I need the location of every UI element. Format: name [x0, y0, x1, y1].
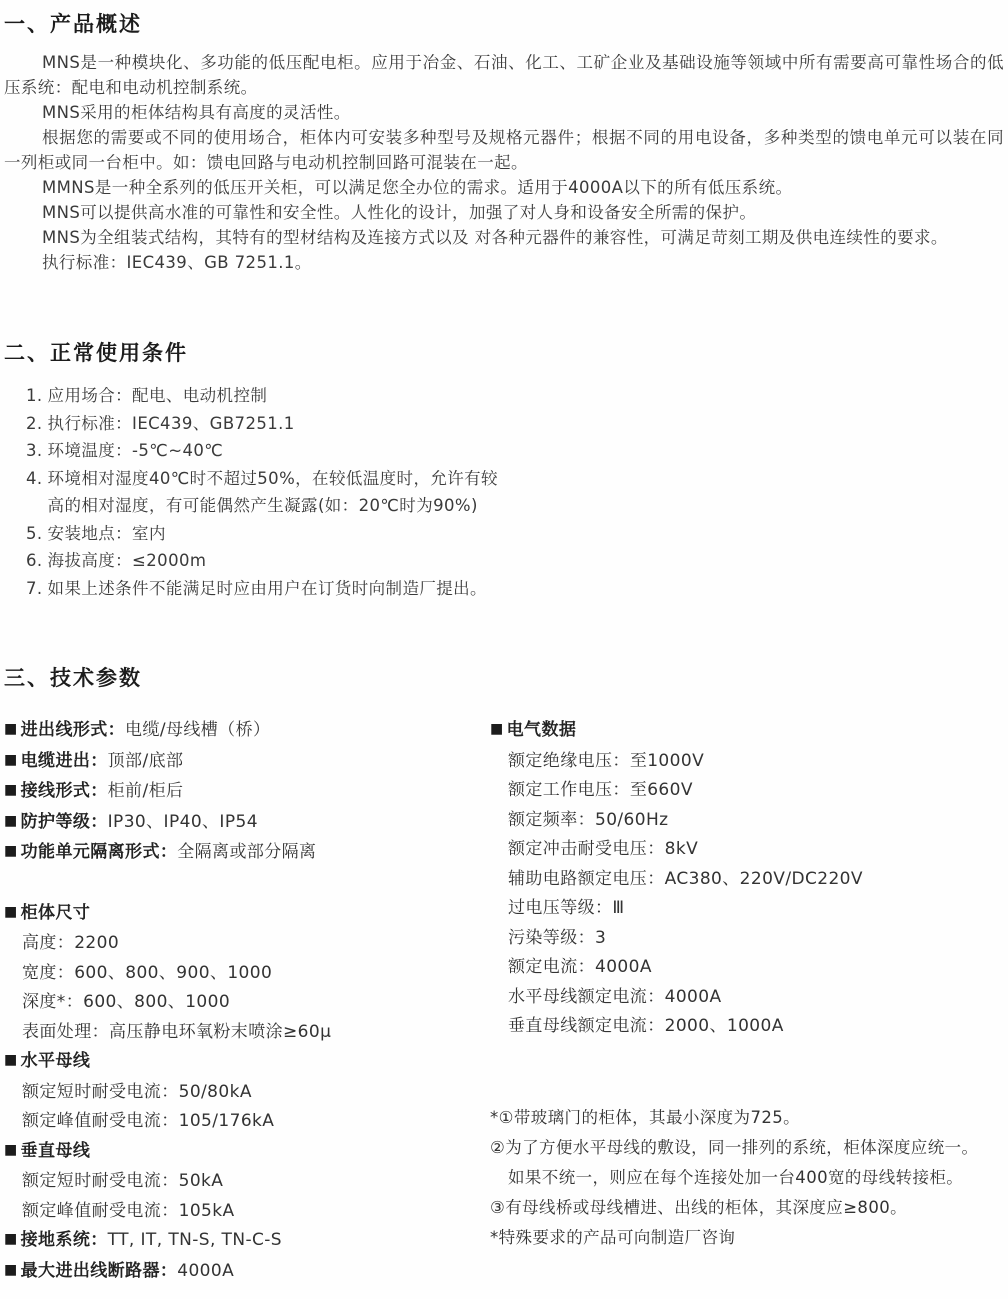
item-line: 海拔高度：≤2000m	[48, 547, 1004, 575]
condition-item: 5.安装地点：室内	[26, 520, 1004, 548]
parameters-columns: ■进出线形式：电缆/母线槽（桥）■电缆进出：顶部/底部■接线形式：柜前/柜后■防…	[4, 716, 1004, 1287]
parameter-value: TT, IT, TN-S, TN-C-S	[108, 1230, 282, 1250]
bullet-square-icon: ■	[4, 782, 18, 798]
parameter-label: 表面处理：	[22, 1022, 109, 1042]
parameter-line: ■最大进出线断路器：4000A	[4, 1257, 490, 1288]
electrical-data-list: ■电气数据额定绝缘电压：至1000V额定工作电压：至660V额定频率：50/60…	[490, 716, 1004, 1042]
paragraph: 执行标准：IEC439、GB 7251.1。	[4, 250, 1004, 275]
parameter-value: IP30、IP40、IP54	[108, 812, 258, 832]
parameter-line: ■电缆进出：顶部/底部	[4, 747, 490, 778]
section-overview: 一、产品概述 MNS是一种模块化、多功能的低压配电柜。应用于冶金、石油、化工、工…	[4, 8, 1004, 275]
condition-item: 6.海拔高度：≤2000m	[26, 547, 1004, 575]
overview-paragraphs: MNS是一种模块化、多功能的低压配电柜。应用于冶金、石油、化工、工矿企业及基础设…	[4, 50, 1004, 275]
parameter-value: 高压静电环氧粉末喷涂≥60μ	[109, 1022, 331, 1042]
parameters-left-column: ■进出线形式：电缆/母线槽（桥）■电缆进出：顶部/底部■接线形式：柜前/柜后■防…	[4, 716, 490, 1287]
item-line: 安装地点：室内	[48, 520, 1004, 548]
item-text: 海拔高度：≤2000m	[48, 547, 1004, 575]
parameter-line: ■接地系统：TT, IT, TN-S, TN-C-S	[4, 1226, 490, 1257]
parameter-line: 额定冲击耐受电压：8kV	[490, 835, 1004, 865]
item-number: 5.	[26, 520, 43, 548]
item-number: 2.	[26, 410, 43, 438]
item-line: 执行标准：IEC439、GB7251.1	[48, 410, 1004, 438]
parameter-label: 最大进出线断路器：	[21, 1261, 178, 1281]
parameter-line: 额定工作电压：至660V	[490, 776, 1004, 806]
parameter-value: 4000A	[665, 987, 722, 1007]
bullet-square-icon: ■	[4, 843, 18, 859]
parameter-label: 额定峰值耐受电流：	[22, 1111, 179, 1131]
parameter-label: 水平母线	[21, 1051, 91, 1071]
paragraph: MNS为全组装式结构，其特有的型材结构及连接方式以及 对各种元器件的兼容性，可满…	[4, 225, 1004, 250]
parameter-value: 50/60Hz	[595, 810, 669, 830]
parameter-label: 柜体尺寸	[21, 903, 91, 923]
section-conditions: 二、正常使用条件 1.应用场合：配电、电动机控制2.执行标准：IEC439、GB…	[4, 337, 1004, 602]
parameter-label: 电缆进出：	[21, 751, 108, 771]
item-number: 6.	[26, 547, 43, 575]
parameter-value: 105/176kA	[179, 1111, 275, 1131]
parameter-line: 表面处理：高压静电环氧粉末喷涂≥60μ	[4, 1018, 490, 1048]
parameter-line: ■水平母线	[4, 1047, 490, 1078]
parameter-value: 2200	[74, 933, 119, 953]
parameter-line: 过电压等级：Ⅲ	[490, 894, 1004, 924]
parameter-line: 深度*：600、800、1000	[4, 988, 490, 1018]
parameter-label: 电气数据	[507, 720, 577, 740]
bullet-square-icon: ■	[4, 904, 18, 920]
parameter-value: 2000、1000A	[665, 1016, 784, 1036]
parameter-label: 额定冲击耐受电压：	[508, 839, 665, 859]
parameter-label: 额定电流：	[508, 957, 595, 977]
item-line: 如果上述条件不能满足时应由用户在订货时向制造厂提出。	[48, 575, 1004, 603]
parameter-value: AC380、220V/DC220V	[665, 869, 863, 889]
parameter-label: 进出线形式：	[21, 720, 125, 740]
parameter-value: 至660V	[630, 780, 693, 800]
bullet-square-icon: ■	[4, 1231, 18, 1247]
parameter-value: 全隔离或部分隔离	[177, 842, 316, 862]
condition-item: 4.环境相对湿度40℃时不超过50%，在较低温度时，允许有较高的相对湿度，有可能…	[26, 465, 1004, 520]
parameter-value: 50/80kA	[179, 1082, 252, 1102]
parameter-line: 高度：2200	[4, 929, 490, 959]
conditions-list: 1.应用场合：配电、电动机控制2.执行标准：IEC439、GB7251.13.环…	[4, 382, 1004, 602]
parameter-label: 污染等级：	[508, 928, 595, 948]
parameters-right-column: ■电气数据额定绝缘电压：至1000V额定工作电压：至660V额定频率：50/60…	[490, 716, 1004, 1287]
parameter-line: 污染等级：3	[490, 924, 1004, 954]
section-parameters-title: 三、技术参数	[4, 662, 1004, 692]
parameter-line: 辅助电路额定电压：AC380、220V/DC220V	[490, 865, 1004, 895]
bullet-square-icon: ■	[4, 1142, 18, 1158]
parameter-value: 电缆/母线槽（桥）	[125, 720, 270, 740]
item-text: 如果上述条件不能满足时应由用户在订货时向制造厂提出。	[48, 575, 1004, 603]
condition-item: 2.执行标准：IEC439、GB7251.1	[26, 410, 1004, 438]
bullet-square-icon: ■	[4, 1262, 18, 1278]
section-conditions-title: 二、正常使用条件	[4, 337, 1004, 367]
parameter-line: 宽度：600、800、900、1000	[4, 959, 490, 989]
bullet-square-icon: ■	[4, 752, 18, 768]
parameter-label: 宽度：	[22, 963, 74, 983]
parameter-line: 额定峰值耐受电流：105kA	[4, 1197, 490, 1227]
parameter-line: ■电气数据	[490, 716, 1004, 747]
parameter-line: 额定频率：50/60Hz	[490, 806, 1004, 836]
item-line: 应用场合：配电、电动机控制	[48, 382, 1004, 410]
parameter-line: ■柜体尺寸	[4, 899, 490, 930]
bullet-square-icon: ■	[4, 813, 18, 829]
document-page: 一、产品概述 MNS是一种模块化、多功能的低压配电柜。应用于冶金、石油、化工、工…	[0, 0, 1008, 1299]
item-line: 环境温度：-5℃~40℃	[48, 437, 1004, 465]
parameter-line: 额定绝缘电压：至1000V	[490, 747, 1004, 777]
item-text: 环境温度：-5℃~40℃	[48, 437, 1004, 465]
paragraph: MNS可以提供高水准的可靠性和安全性。人性化的设计，加强了对人身和设备安全所需的…	[4, 200, 1004, 225]
parameter-label: 额定短时耐受电流：	[22, 1171, 179, 1191]
section-overview-title: 一、产品概述	[4, 8, 1004, 38]
item-number: 3.	[26, 437, 43, 465]
parameter-line: ■功能单元隔离形式：全隔离或部分隔离	[4, 838, 490, 869]
item-text: 安装地点：室内	[48, 520, 1004, 548]
parameter-value: 3	[595, 928, 606, 948]
paragraph: MNS是一种模块化、多功能的低压配电柜。应用于冶金、石油、化工、工矿企业及基础设…	[4, 50, 1004, 100]
parameter-line: 额定短时耐受电流：50/80kA	[4, 1078, 490, 1108]
parameter-label: 额定短时耐受电流：	[22, 1082, 179, 1102]
paragraph: MMNS是一种全系列的低压开关柜，可以满足您全办位的需求。适用于4000A以下的…	[4, 175, 1004, 200]
item-text: 应用场合：配电、电动机控制	[48, 382, 1004, 410]
parameter-label: 功能单元隔离形式：	[21, 842, 178, 862]
parameter-label: 额定频率：	[508, 810, 595, 830]
parameter-value: Ⅲ	[612, 898, 624, 918]
parameter-label: 额定工作电压：	[508, 780, 630, 800]
parameter-value: 顶部/底部	[108, 751, 184, 771]
section-parameters: 三、技术参数 ■进出线形式：电缆/母线槽（桥）■电缆进出：顶部/底部■接线形式：…	[4, 662, 1004, 1287]
footnote: *特殊要求的产品可向制造厂咨询	[490, 1223, 1004, 1253]
footnote: ③有母线桥或母线槽进、出线的柜体，其深度应≥800。	[490, 1193, 1004, 1223]
item-number: 7.	[26, 575, 43, 603]
item-text: 执行标准：IEC439、GB7251.1	[48, 410, 1004, 438]
condition-item: 1.应用场合：配电、电动机控制	[26, 382, 1004, 410]
parameter-value: 105kA	[179, 1201, 235, 1221]
parameter-line: 额定峰值耐受电流：105/176kA	[4, 1107, 490, 1137]
parameter-label: 额定峰值耐受电流：	[22, 1201, 179, 1221]
parameter-value: 4000A	[177, 1261, 234, 1281]
parameter-label: 额定绝缘电压：	[508, 751, 630, 771]
parameter-line: 垂直母线额定电流：2000、1000A	[490, 1012, 1004, 1042]
parameter-line: 额定短时耐受电流：50kA	[4, 1167, 490, 1197]
parameter-line: ■垂直母线	[4, 1137, 490, 1168]
footnote: ②为了方便水平母线的敷设，同一排列的系统，柜体深度应统一。	[490, 1133, 1004, 1163]
parameter-label: 接线形式：	[21, 781, 108, 801]
item-line: 高的相对湿度，有可能偶然产生凝露(如：20℃时为90%)	[48, 492, 1004, 520]
parameter-value: 600、800、1000	[83, 992, 230, 1012]
parameter-label: 防护等级：	[21, 812, 108, 832]
parameter-value: 600、800、900、1000	[74, 963, 272, 983]
item-number: 1.	[26, 382, 43, 410]
parameter-line: ■进出线形式：电缆/母线槽（桥）	[4, 716, 490, 747]
bullet-square-icon: ■	[4, 1052, 18, 1068]
parameter-label: 接地系统：	[21, 1230, 108, 1250]
item-number: 4.	[26, 465, 43, 493]
parameter-label: 过电压等级：	[508, 898, 612, 918]
parameter-label: 高度：	[22, 933, 74, 953]
paragraph: 根据您的需要或不同的使用场合，柜体内可安装多种型号及规格元器件；根据不同的用电设…	[4, 125, 1004, 175]
footnotes: *①带玻璃门的柜体，其最小深度为725。②为了方便水平母线的敷设，同一排列的系统…	[490, 1103, 1004, 1253]
condition-item: 3.环境温度：-5℃~40℃	[26, 437, 1004, 465]
condition-item: 7.如果上述条件不能满足时应由用户在订货时向制造厂提出。	[26, 575, 1004, 603]
parameter-label: 深度*：	[22, 992, 83, 1012]
bullet-square-icon: ■	[4, 721, 18, 737]
bullet-square-icon: ■	[490, 721, 504, 737]
parameter-line: 水平母线额定电流：4000A	[490, 983, 1004, 1013]
parameter-value: 50kA	[179, 1171, 224, 1191]
parameter-label: 辅助电路额定电压：	[508, 869, 665, 889]
parameter-value: 4000A	[595, 957, 652, 977]
parameter-label: 垂直母线额定电流：	[508, 1016, 665, 1036]
parameter-line: ■接线形式：柜前/柜后	[4, 777, 490, 808]
paragraph: MNS采用的柜体结构具有高度的灵活性。	[4, 100, 1004, 125]
parameter-label: 垂直母线	[21, 1141, 91, 1161]
parameter-label: 水平母线额定电流：	[508, 987, 665, 1007]
parameter-line: ■防护等级：IP30、IP40、IP54	[4, 808, 490, 839]
parameter-line: 额定电流：4000A	[490, 953, 1004, 983]
parameter-value: 至1000V	[630, 751, 704, 771]
spacer	[4, 869, 490, 899]
item-text: 环境相对湿度40℃时不超过50%，在较低温度时，允许有较高的相对湿度，有可能偶然…	[48, 465, 1004, 520]
parameter-value: 柜前/柜后	[108, 781, 184, 801]
parameter-value: 8kV	[665, 839, 699, 859]
footnote: *①带玻璃门的柜体，其最小深度为725。	[490, 1103, 1004, 1133]
footnote: 如果不统一，则应在每个连接处加一台400宽的母线转接柜。	[490, 1163, 1004, 1193]
item-line: 环境相对湿度40℃时不超过50%，在较低温度时，允许有较	[48, 465, 1004, 493]
